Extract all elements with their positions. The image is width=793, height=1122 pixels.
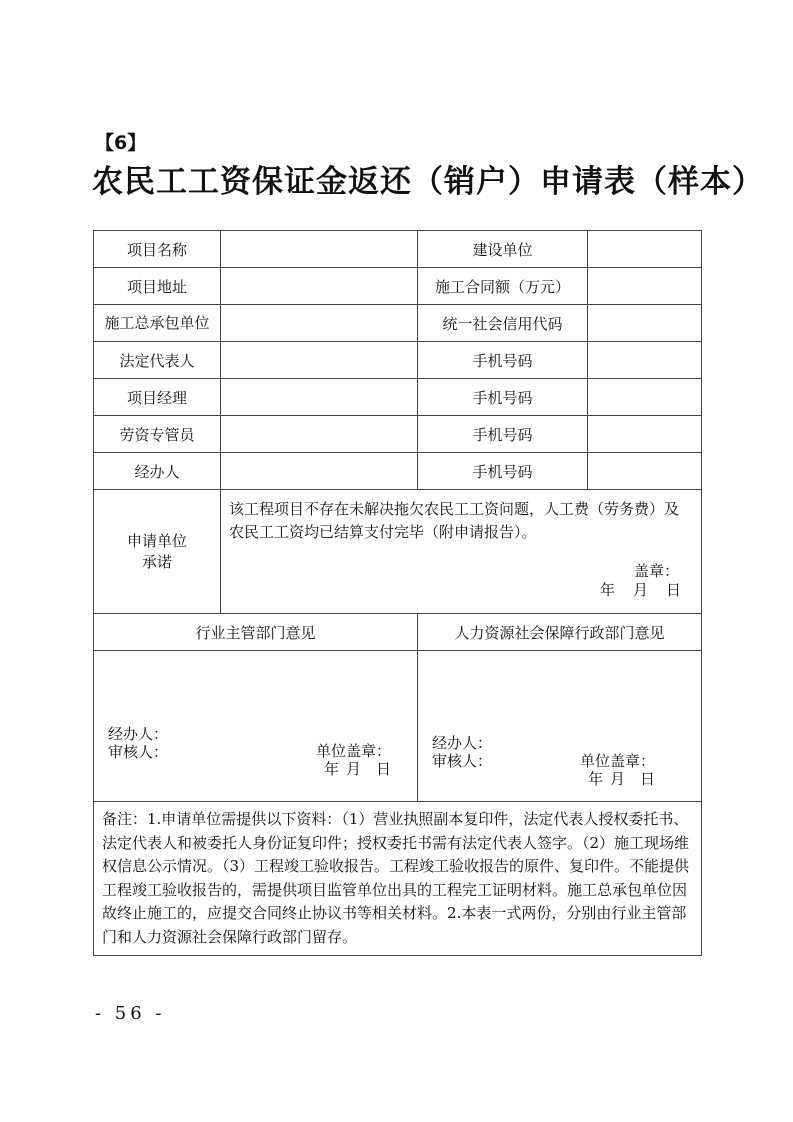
- project-manager-phone-input[interactable]: [588, 379, 702, 416]
- field-label: 手机号码: [418, 453, 588, 490]
- field-label: 统一社会信用代码: [418, 305, 588, 342]
- table-row: 项目地址 施工合同额（万元）: [94, 268, 702, 305]
- hr-signers: 经办人： 审核人：: [432, 734, 492, 770]
- pledge-label-line2: 承诺: [94, 552, 220, 573]
- legal-rep-phone-input[interactable]: [588, 342, 702, 379]
- hr-date[interactable]: 年月日: [580, 770, 655, 788]
- pledge-date[interactable]: 年月日: [582, 581, 681, 600]
- notes-text: 备注：1.申请单位需提供以下资料：（1）营业执照副本复印件，法定代表人授权委托书…: [94, 802, 702, 956]
- field-label: 建设单位: [418, 231, 588, 268]
- pledge-seal: 盖章： 年月日: [582, 562, 681, 600]
- reviewer-label: 审核人：: [108, 743, 168, 761]
- industry-signers: 经办人： 审核人：: [108, 725, 168, 761]
- industry-dept-header: 行业主管部门意见: [94, 614, 418, 651]
- field-label: 施工总承包单位: [94, 305, 221, 342]
- table-row: 法定代表人 手机号码: [94, 342, 702, 379]
- industry-seal: 单位盖章： 年月日: [316, 742, 391, 778]
- field-label: 劳资专管员: [94, 416, 221, 453]
- handler-label: 经办人：: [432, 734, 492, 752]
- field-label: 法定代表人: [94, 342, 221, 379]
- seal-label: 单位盖章：: [316, 742, 391, 760]
- opinion-header-row: 行业主管部门意见 人力资源社会保障行政部门意见: [94, 614, 702, 651]
- hr-dept-header: 人力资源社会保障行政部门意见: [418, 614, 702, 651]
- table-row: 项目经理 手机号码: [94, 379, 702, 416]
- pledge-text: 该工程项目不存在未解决拖欠农民工工资问题，人工费（劳务费）及农民工工资均已结算支…: [221, 490, 701, 544]
- contract-amount-input[interactable]: [588, 268, 702, 305]
- labor-officer-phone-input[interactable]: [588, 416, 702, 453]
- pledge-label-line1: 申请单位: [94, 531, 220, 552]
- field-label: 手机号码: [418, 342, 588, 379]
- seal-label: 盖章：: [582, 562, 681, 581]
- legal-rep-input[interactable]: [221, 342, 418, 379]
- pledge-label: 申请单位 承诺: [94, 490, 221, 614]
- general-contractor-input[interactable]: [221, 305, 418, 342]
- table-row: 经办人 手机号码: [94, 453, 702, 490]
- industry-date[interactable]: 年月日: [316, 760, 391, 778]
- pledge-cell: 该工程项目不存在未解决拖欠农民工工资问题，人工费（劳务费）及农民工工资均已结算支…: [221, 490, 702, 614]
- opinion-row: 经办人： 审核人： 单位盖章： 年月日 经办人： 审核人： 单位盖章： 年月日: [94, 651, 702, 802]
- industry-dept-opinion[interactable]: 经办人： 审核人： 单位盖章： 年月日: [94, 651, 418, 802]
- handler-label: 经办人：: [108, 725, 168, 743]
- field-label: 手机号码: [418, 379, 588, 416]
- project-manager-input[interactable]: [221, 379, 418, 416]
- page-number: - 56 -: [95, 1003, 166, 1024]
- credit-code-input[interactable]: [588, 305, 702, 342]
- field-label: 手机号码: [418, 416, 588, 453]
- reviewer-label: 审核人：: [432, 752, 492, 770]
- table-row: 劳资专管员 手机号码: [94, 416, 702, 453]
- field-label: 项目经理: [94, 379, 221, 416]
- hr-dept-opinion[interactable]: 经办人： 审核人： 单位盖章： 年月日: [418, 651, 702, 802]
- construction-unit-input[interactable]: [588, 231, 702, 268]
- handler-input[interactable]: [221, 453, 418, 490]
- seal-label: 单位盖章：: [580, 752, 655, 770]
- notes-row: 备注：1.申请单位需提供以下资料：（1）营业执照副本复印件，法定代表人授权委托书…: [94, 802, 702, 956]
- pledge-row: 申请单位 承诺 该工程项目不存在未解决拖欠农民工工资问题，人工费（劳务费）及农民…: [94, 490, 702, 614]
- field-label: 项目名称: [94, 231, 221, 268]
- project-address-input[interactable]: [221, 268, 418, 305]
- table-row: 项目名称 建设单位: [94, 231, 702, 268]
- hr-seal: 单位盖章： 年月日: [580, 752, 655, 788]
- field-label: 施工合同额（万元）: [418, 268, 588, 305]
- handler-phone-input[interactable]: [588, 453, 702, 490]
- labor-officer-input[interactable]: [221, 416, 418, 453]
- page-title: 农民工工资保证金返还（销户）申请表（样本）: [92, 156, 764, 201]
- section-label: 【6】: [95, 128, 146, 155]
- field-label: 经办人: [94, 453, 221, 490]
- application-form: 项目名称 建设单位 项目地址 施工合同额（万元） 施工总承包单位 统一社会信用代…: [93, 230, 702, 956]
- field-label: 项目地址: [94, 268, 221, 305]
- table-row: 施工总承包单位 统一社会信用代码: [94, 305, 702, 342]
- project-name-input[interactable]: [221, 231, 418, 268]
